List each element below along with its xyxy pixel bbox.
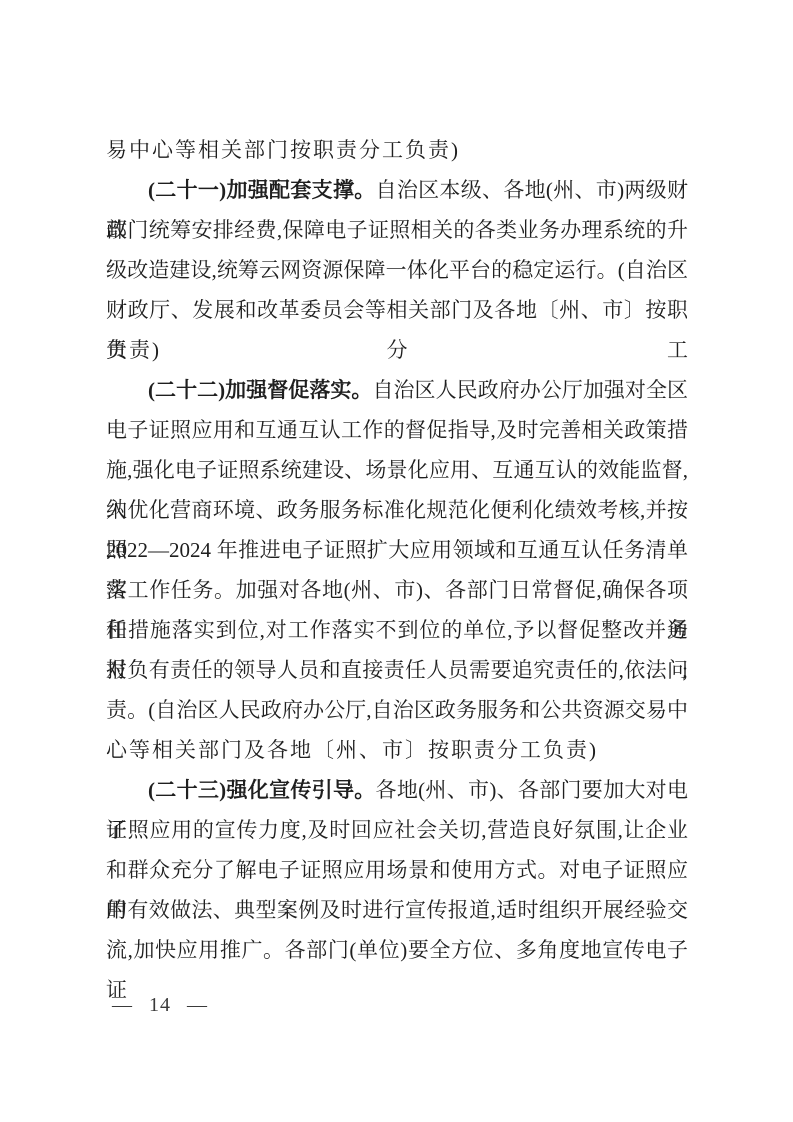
text-line: 实工作任务。加强对各地(州、市)、各部门日常督促,确保各项任务 xyxy=(106,570,688,610)
text-line: 电子证照应用和互通互认工作的督促指导,及时完善相关政策措 xyxy=(106,410,688,450)
line-text: 对负有责任的领导人员和直接责任人员需要追究责任的,依法问 xyxy=(106,658,688,682)
paragraph-21-first-line: (二十一)加强配套支撑。自治区本级、各地(州、市)两级财政 xyxy=(106,170,688,210)
line-text: 的有效做法、典型案例及时进行宣传报道,适时组织开展经验交 xyxy=(106,898,688,922)
text-line: 和措施落实到位,对工作落实不到位的单位,予以督促整改并通报; xyxy=(106,610,688,650)
line-text: 电子证照应用和互通互认工作的督促指导,及时完善相关政策措 xyxy=(106,418,688,442)
text-line: 责。(自治区人民政府办公厅,自治区政务服务和公共资源交易中 xyxy=(106,690,688,730)
line-text: 易中心等相关部门按职责分工负责) xyxy=(106,138,460,162)
line-text: 财政厅、发展和改革委员会等相关部门及各地〔州、市〕按职责分工 xyxy=(106,298,688,362)
text-line: 对负有责任的领导人员和直接责任人员需要追究责任的,依法问 xyxy=(106,650,688,690)
line-text: 证照应用的宣传力度,及时回应社会关切,营造良好氛围,让企业 xyxy=(106,818,688,842)
line-text: 级改造建设,统筹云网资源保障一体化平台的稳定运行。(自治区 xyxy=(106,258,688,282)
text-line: 心等相关部门及各地〔州、市〕按职责分工负责) xyxy=(106,730,688,770)
paragraph-22-first-line: (二十二)加强督促落实。自治区人民政府办公厅加强对全区 xyxy=(106,370,688,410)
text-line: 部门统筹安排经费,保障电子证照相关的各类业务办理系统的升 xyxy=(106,210,688,250)
line-text: 责。(自治区人民政府办公厅,自治区政务服务和公共资源交易中 xyxy=(106,698,688,722)
text-line: 施,强化电子证照系统建设、场景化应用、互通互认的效能监督,纳 xyxy=(106,450,688,490)
text-line: 和群众充分了解电子证照应用场景和使用方式。对电子证照应用 xyxy=(106,850,688,890)
section-heading-21: (二十一)加强配套支撑。 xyxy=(148,178,376,202)
paragraph-23-first-line: (二十三)强化宣传引导。各地(州、市)、各部门要加大对电子 xyxy=(106,770,688,810)
text-line: 财政厅、发展和改革委员会等相关部门及各地〔州、市〕按职责分工 xyxy=(106,290,688,330)
text-line: 级改造建设,统筹云网资源保障一体化平台的稳定运行。(自治区 xyxy=(106,250,688,290)
document-page: 易中心等相关部门按职责分工负责) (二十一)加强配套支撑。自治区本级、各地(州、… xyxy=(0,0,793,1122)
text-line: 2022—2024 年推进电子证照扩大应用领域和互通互认任务清单落 xyxy=(106,530,688,570)
line-text: 心等相关部门及各地〔州、市〕按职责分工负责) xyxy=(106,738,598,762)
line-text: 负责) xyxy=(106,338,161,362)
section-heading-23: (二十三)强化宣传引导。 xyxy=(148,778,376,802)
text-line: 证照应用的宣传力度,及时回应社会关切,营造良好氛围,让企业 xyxy=(106,810,688,850)
text-line: 的有效做法、典型案例及时进行宣传报道,适时组织开展经验交 xyxy=(106,890,688,930)
page-number: — 14 — xyxy=(112,985,208,1025)
document-body: 易中心等相关部门按职责分工负责) (二十一)加强配套支撑。自治区本级、各地(州、… xyxy=(106,130,688,970)
text-line: 入优化营商环境、政务服务标准化规范化便利化绩效考核,并按照 xyxy=(106,490,688,530)
line-text: 自治区人民政府办公厅加强对全区 xyxy=(372,378,688,402)
line-text: 部门统筹安排经费,保障电子证照相关的各类业务办理系统的升 xyxy=(106,218,688,242)
text-line: 易中心等相关部门按职责分工负责) xyxy=(106,130,688,170)
text-line: 流,加快应用推广。各部门(单位)要全方位、多角度地宣传电子证 xyxy=(106,930,688,970)
section-heading-22: (二十二)加强督促落实。 xyxy=(148,378,372,402)
